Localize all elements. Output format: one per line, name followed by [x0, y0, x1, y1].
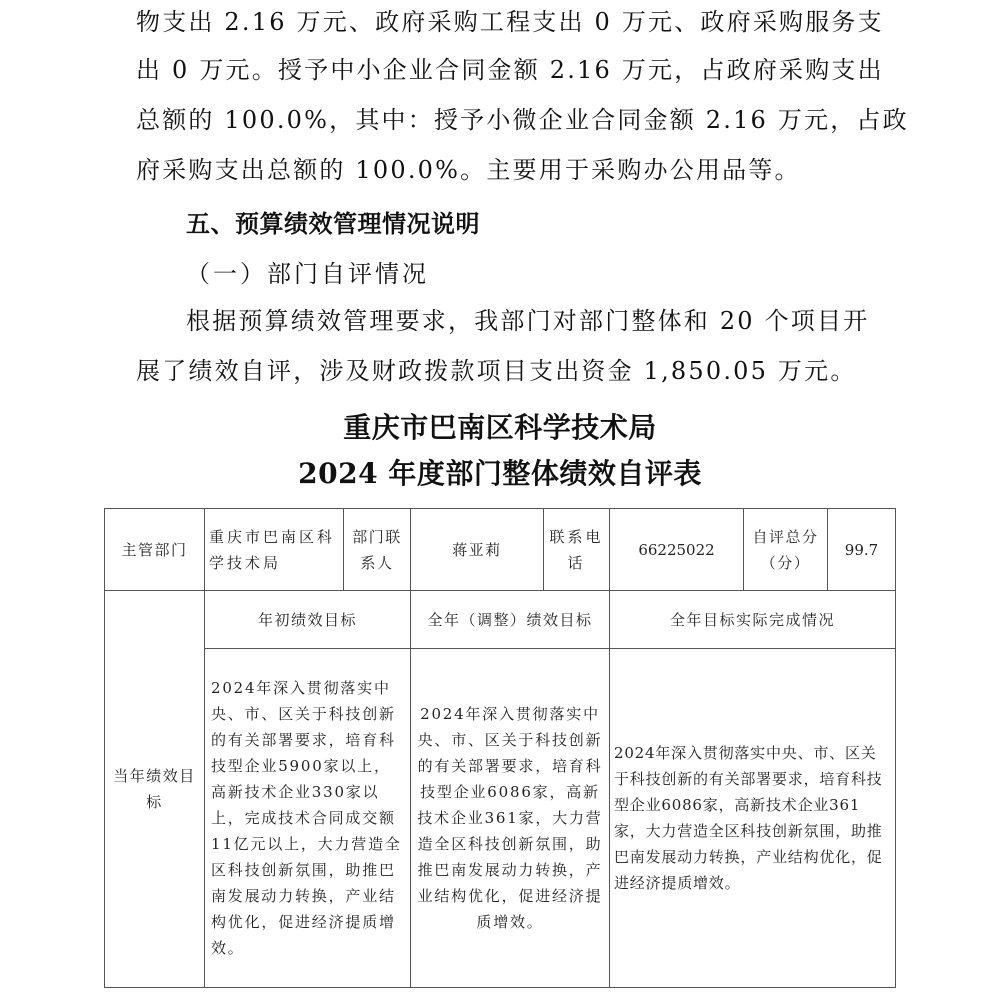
actual-completion-text: 2024年深入贯彻落实中央、市、区关于科技创新的有关部署要求，培育科技型企业60… — [610, 649, 896, 988]
score-value-cell: 99.7 — [828, 509, 896, 591]
dept-label-cell: 主管部门 — [105, 509, 205, 591]
dept-value-cell: 重庆市巴南区科学技术局 — [205, 509, 344, 591]
score-label-cell: 自评总分（分） — [744, 509, 828, 591]
paragraph-line: 展了绩效自评，涉及财政拨款项目支出资金 1,850.05 万元。 — [136, 346, 896, 396]
performance-evaluation-table: 主管部门 重庆市巴南区科学技术局 部门联系人 蒋亚莉 联系电话 66225022… — [104, 508, 896, 988]
contact-label-cell: 部门联系人 — [344, 509, 411, 591]
contact-value-cell: 蒋亚莉 — [411, 509, 544, 591]
paragraph-line: 出 0 万元。授予中小企业合同金额 2.16 万元，占政府采购支出 — [136, 45, 896, 95]
goals-row-label-cell: 当年绩效目标 — [105, 591, 205, 988]
adjusted-goals-header: 全年（调整）绩效目标 — [411, 591, 610, 649]
paragraph-line: 物支出 2.16 万元、政府采购工程支出 0 万元、政府采购服务支 — [136, 0, 896, 47]
table-row: 2024年深入贯彻落实中央、市、区关于科技创新的有关部署要求，培育科技型企业59… — [105, 649, 896, 988]
actual-completion-header: 全年目标实际完成情况 — [610, 591, 896, 649]
phone-label-cell: 联系电话 — [544, 509, 610, 591]
table-row: 主管部门 重庆市巴南区科学技术局 部门联系人 蒋亚莉 联系电话 66225022… — [105, 509, 896, 591]
table-subtitle: 2024 年度部门整体绩效自评表 — [0, 452, 1000, 492]
paragraph-line: 根据预算绩效管理要求，我部门对部门整体和 20 个项目开 — [186, 296, 946, 346]
table-row: 当年绩效目标 年初绩效目标 全年（调整）绩效目标 全年目标实际完成情况 — [105, 591, 896, 649]
phone-value-cell: 66225022 — [610, 509, 744, 591]
initial-goals-header: 年初绩效目标 — [205, 591, 411, 649]
section-heading: 五、预算绩效管理情况说明 — [186, 204, 480, 239]
initial-goals-text: 2024年深入贯彻落实中央、市、区关于科技创新的有关部署要求，培育科技型企业59… — [205, 649, 411, 988]
table-title: 重庆市巴南区科学技术局 — [0, 406, 1000, 446]
subsection-heading: （一）部门自评情况 — [186, 254, 429, 289]
paragraph-line: 府采购支出总额的 100.0%。主要用于采购办公用品等。 — [136, 145, 896, 195]
adjusted-goals-text: 2024年深入贯彻落实中央、市、区关于科技创新的有关部署要求，培育科技型企业60… — [411, 649, 610, 988]
paragraph-line: 总额的 100.0%，其中：授予小微企业合同金额 2.16 万元，占政 — [136, 95, 896, 145]
